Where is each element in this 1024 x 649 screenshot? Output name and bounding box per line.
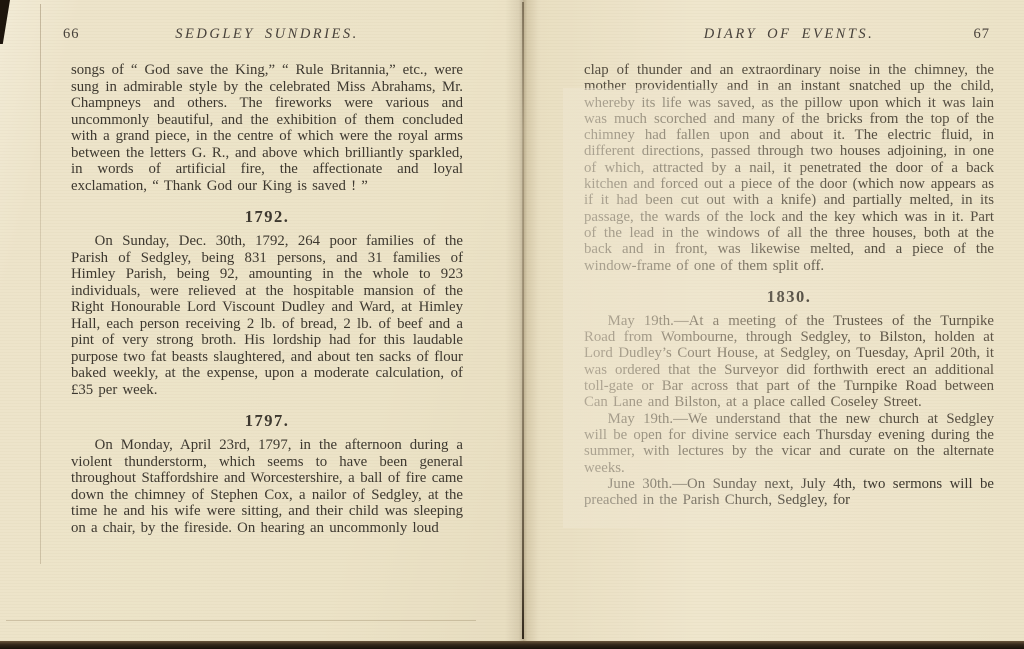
paragraph: clap of thunder and an extraordinary noi… [584, 62, 994, 274]
paragraph: May 19th.—At a meeting of the Trustees o… [584, 313, 994, 411]
paragraph: On Sunday, Dec. 30th, 1792, 264 poor fam… [71, 233, 463, 398]
right-page-header: DIARY OF EVENTS. 67 [584, 26, 994, 50]
section-heading-1830: 1830. [584, 287, 994, 307]
right-page-number: 67 [974, 26, 991, 43]
paragraph: June 30th.—On Sunday next, July 4th, two… [584, 476, 994, 509]
left-page-number: 66 [63, 26, 80, 43]
left-page-body: songs of “ God save the King,” “ Rule Br… [71, 62, 463, 536]
book-spread: 66 SEDGLEY SUNDRIES. songs of “ God save… [0, 0, 1024, 641]
left-page: 66 SEDGLEY SUNDRIES. songs of “ God save… [0, 0, 523, 641]
paragraph: May 19th.—We understand that the new chu… [584, 411, 994, 476]
paragraph: On Monday, April 23rd, 1797, in the afte… [71, 437, 463, 536]
left-running-title: SEDGLEY SUNDRIES. [71, 26, 463, 43]
right-page-body: clap of thunder and an extraordinary noi… [584, 62, 994, 508]
section-heading-1797: 1797. [71, 411, 463, 431]
section-heading-1792: 1792. [71, 207, 463, 227]
left-page-header: 66 SEDGLEY SUNDRIES. [71, 26, 463, 50]
right-page: DIARY OF EVENTS. 67 clap of thunder and … [523, 0, 1024, 641]
right-running-title: DIARY OF EVENTS. [584, 26, 994, 43]
scan-bottom-edge [0, 641, 1024, 649]
paragraph: songs of “ God save the King,” “ Rule Br… [71, 62, 463, 194]
